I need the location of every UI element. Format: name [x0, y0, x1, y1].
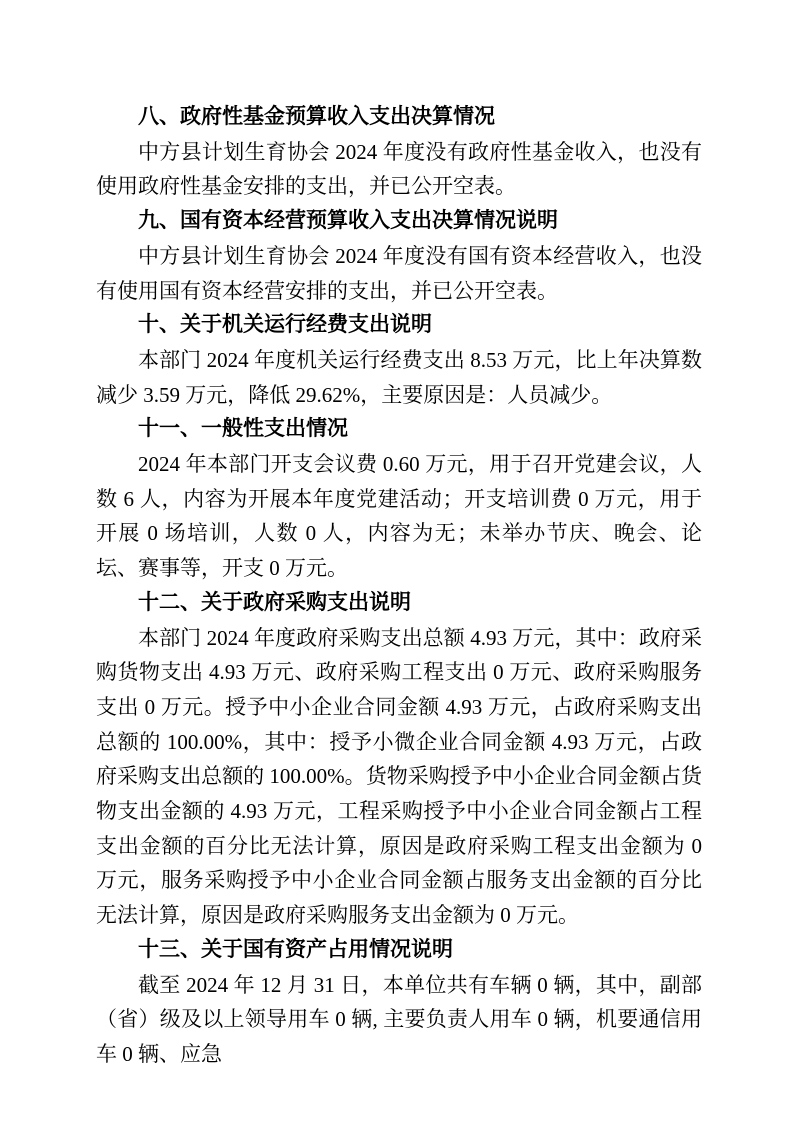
section-heading: 十一、一般性支出情况: [96, 412, 702, 447]
section-gov-procurement: 十二、关于政府采购支出说明 本部门 2024 年度政府采购支出总额 4.93 万…: [96, 586, 702, 933]
section-heading: 十二、关于政府采购支出说明: [96, 586, 702, 621]
section-paragraph: 本部门 2024 年度机关运行经费支出 8.53 万元，比上年决算数减少 3.5…: [96, 343, 702, 412]
section-heading: 九、国有资本经营预算收入支出决算情况说明: [96, 204, 702, 239]
section-gov-fund-budget: 八、政府性基金预算收入支出决算情况 中方县计划生育协会 2024 年度没有政府性…: [96, 100, 702, 204]
section-paragraph: 中方县计划生育协会 2024 年度没有国有资本经营收入，也没有使用国有资本经营安…: [96, 239, 702, 308]
section-paragraph: 中方县计划生育协会 2024 年度没有政府性基金收入，也没有使用政府性基金安排的…: [96, 135, 702, 204]
section-paragraph: 2024 年本部门开支会议费 0.60 万元，用于召开党建会议，人数 6 人，内…: [96, 447, 702, 586]
section-paragraph: 截至 2024 年 12 月 31 日，本单位共有车辆 0 辆，其中，副部（省）…: [96, 968, 702, 1072]
section-state-capital-budget: 九、国有资本经营预算收入支出决算情况说明 中方县计划生育协会 2024 年度没有…: [96, 204, 702, 308]
section-heading: 八、政府性基金预算收入支出决算情况: [96, 100, 702, 135]
section-general-expense: 十一、一般性支出情况 2024 年本部门开支会议费 0.60 万元，用于召开党建…: [96, 412, 702, 586]
document-content: 八、政府性基金预算收入支出决算情况 中方县计划生育协会 2024 年度没有政府性…: [96, 100, 702, 1072]
section-heading: 十三、关于国有资产占用情况说明: [96, 933, 702, 968]
section-operating-expense: 十、关于机关运行经费支出说明 本部门 2024 年度机关运行经费支出 8.53 …: [96, 308, 702, 412]
section-heading: 十、关于机关运行经费支出说明: [96, 308, 702, 343]
section-paragraph: 本部门 2024 年度政府采购支出总额 4.93 万元，其中：政府采购货物支出 …: [96, 621, 702, 933]
document-page: 八、政府性基金预算收入支出决算情况 中方县计划生育协会 2024 年度没有政府性…: [0, 0, 793, 1122]
section-state-assets: 十三、关于国有资产占用情况说明 截至 2024 年 12 月 31 日，本单位共…: [96, 933, 702, 1072]
